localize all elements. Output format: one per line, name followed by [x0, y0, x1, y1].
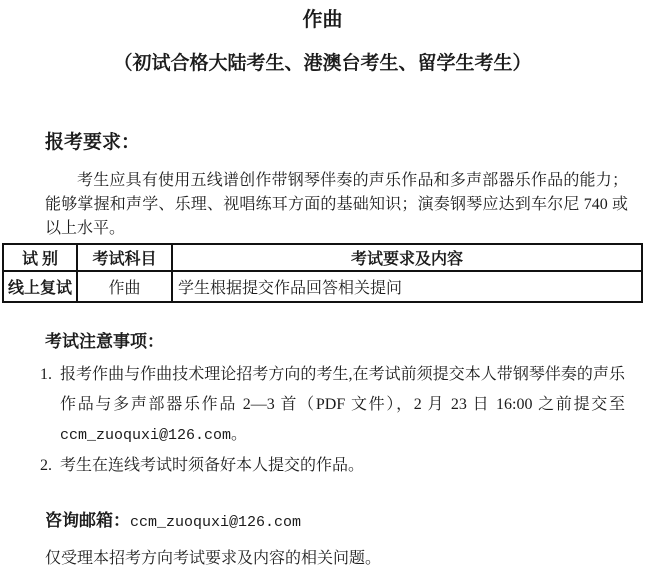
header-cell-exam-requirements: 考试要求及内容: [172, 244, 642, 271]
contact-scope-note: 仅受理本招考方向考试要求及内容的相关问题。: [45, 547, 628, 571]
cell-exam-subject: 作曲: [77, 271, 172, 302]
header-cell-exam-stage: 试 别: [3, 244, 77, 271]
requirements-paragraph: 考生应具有使用五线谱创作带钢琴伴奏的声乐作品和多声部器乐作品的能力；能够掌握和声…: [45, 169, 628, 241]
cell-exam-requirements: 学生根据提交作品回答相关提问: [172, 271, 642, 302]
list-item: 1.报考作曲与作曲技术理论招考方向的考生,在考试前须提交本人带钢琴伴奏的声乐作品…: [42, 360, 625, 451]
exam-table-header-row: 试 别 考试科目 考试要求及内容: [3, 244, 642, 271]
header-cell-exam-subject: 考试科目: [77, 244, 172, 271]
exam-table: 试 别 考试科目 考试要求及内容 线上复试 作曲 学生根据提交作品回答相关提问: [2, 243, 643, 303]
page-title: 作曲: [0, 0, 645, 31]
table-row: 线上复试 作曲 学生根据提交作品回答相关提问: [3, 271, 642, 302]
contact-email: ccm_zuoquxi@126.com: [130, 514, 301, 531]
cell-exam-stage: 线上复试: [3, 271, 77, 302]
list-item-text-suffix: 。: [231, 426, 247, 443]
list-item-text: 报考作曲与作曲技术理论招考方向的考生,在考试前须提交本人带钢琴伴奏的声乐作品与多…: [60, 366, 625, 413]
list-item-number: 1.: [40, 360, 52, 390]
list-item: 2.考生在连线考试时须备好本人提交的作品。: [42, 451, 625, 482]
requirements-heading: 报考要求：: [45, 131, 645, 155]
notes-list: 1.报考作曲与作曲技术理论招考方向的考生,在考试前须提交本人带钢琴伴奏的声乐作品…: [42, 360, 625, 482]
contact-label: 咨询邮箱：: [45, 511, 130, 530]
document-page: 作曲 （初试合格大陆考生、港澳台考生、留学生考生） 报考要求： 考生应具有使用五…: [0, 0, 645, 571]
page-subtitle: （初试合格大陆考生、港澳台考生、留学生考生）: [0, 52, 645, 76]
list-item-number: 2.: [40, 451, 52, 481]
submission-email: ccm_zuoquxi@126.com: [60, 427, 231, 444]
notes-heading: 考试注意事项：: [45, 331, 645, 353]
list-item-text: 考生在连线考试时须备好本人提交的作品。: [60, 457, 364, 474]
contact-line: 咨询邮箱：ccm_zuoquxi@126.com: [45, 510, 645, 534]
